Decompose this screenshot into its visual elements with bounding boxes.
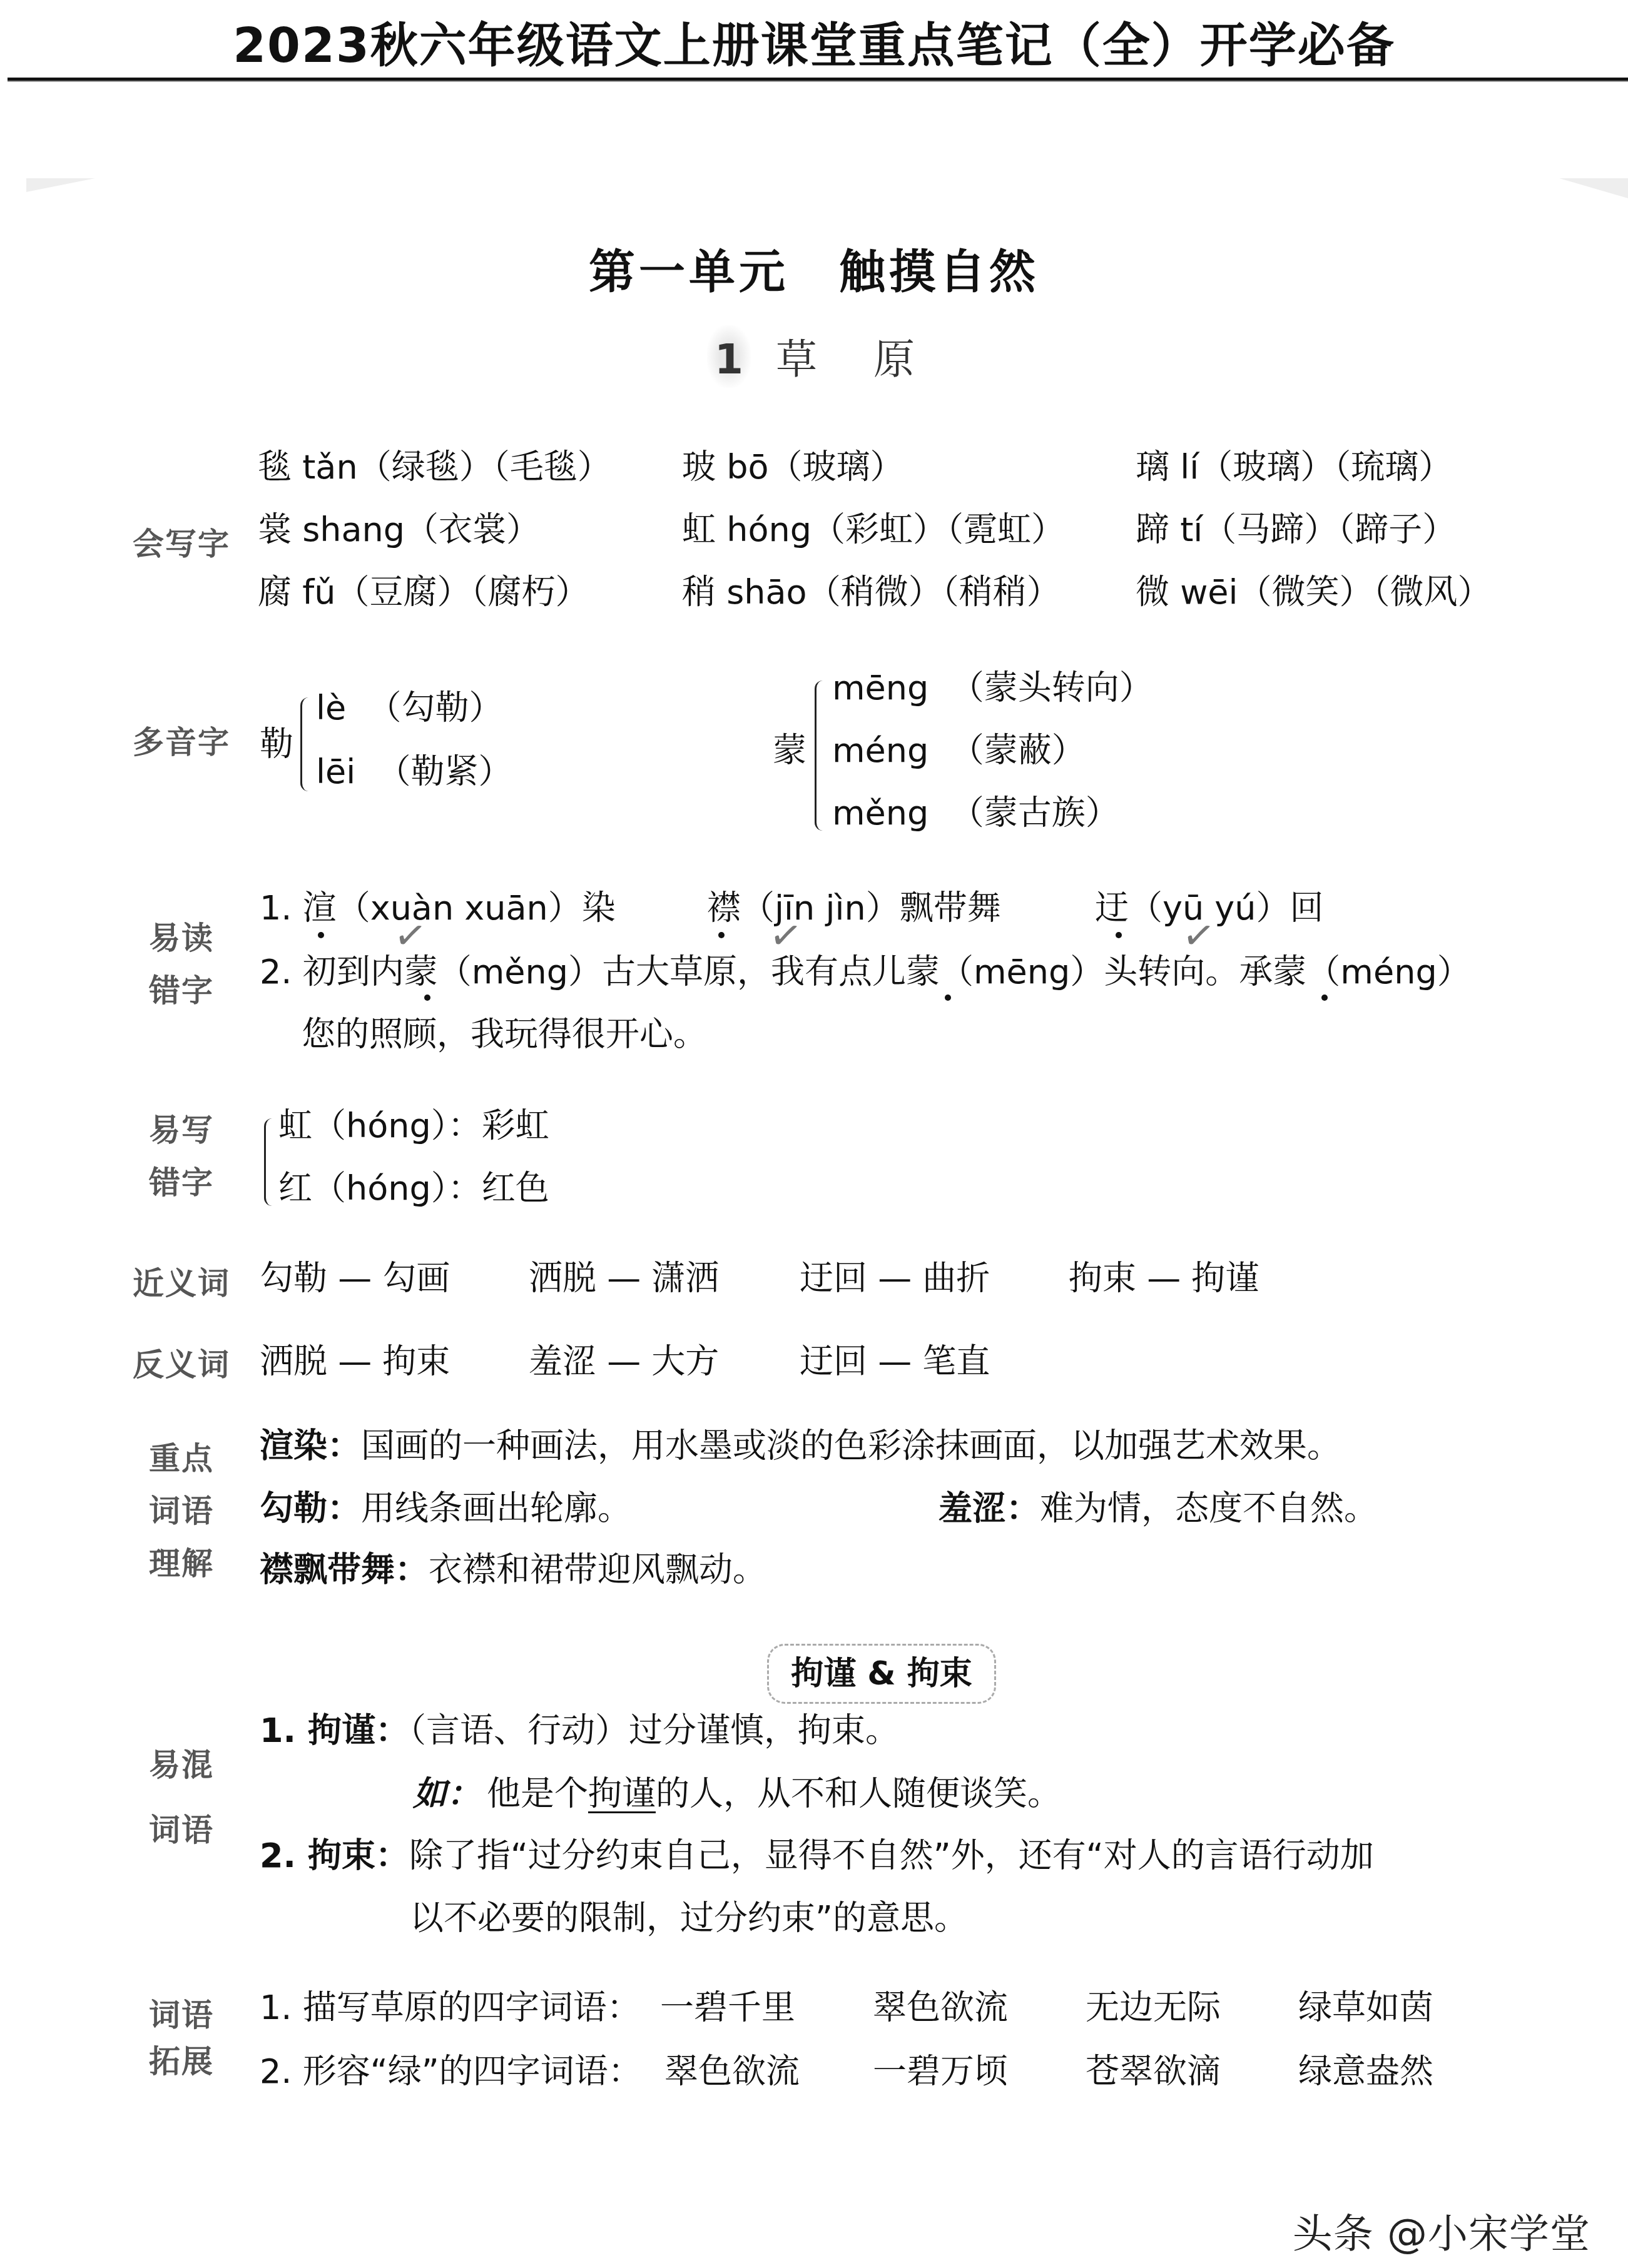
section-label-miswrite: 易写错字 <box>119 1110 244 1203</box>
lesson-char-2: 原 <box>873 325 915 394</box>
lesson-char-1: 草 <box>776 325 817 394</box>
section-label-antonyms: 反义词 <box>119 1345 244 1385</box>
section-label-expansion: 词语拓展 <box>119 1995 244 2082</box>
brace-icon <box>300 697 308 791</box>
synonym-pair: 迂回 — 曲折 <box>800 1258 990 1299</box>
write-char-r2c1: 稍 shāo（稍微）（稍稍） <box>682 572 1061 612</box>
confusing-item-1: 1. 拘谨：（言语、行动）过分谨慎，拘束。 <box>260 1711 899 1751</box>
polyphone-char-le: 勒 <box>260 724 293 764</box>
section-label-polyphones: 多音字 <box>119 722 244 762</box>
document-title: 2023秋六年级语文上册课堂重点笔记（全）开学必备 <box>0 11 1628 80</box>
lesson-number: 1 <box>707 325 751 388</box>
title-divider <box>8 78 1628 81</box>
write-char-r0c1: 玻 bō（玻璃） <box>682 447 903 487</box>
expansion-word: 一碧万顷 <box>873 2052 1008 2092</box>
page-corner-left <box>26 178 95 192</box>
section-label-misread: 易读错字 <box>119 918 244 1011</box>
emphasis-dot <box>318 932 324 938</box>
polyphone-reading: méng （蒙蔽） <box>832 731 1086 771</box>
comparison-tag: 拘谨 & 拘束 <box>767 1644 996 1704</box>
checkmark-icon: ✓ <box>1180 914 1218 958</box>
misread-item-1: 1. 渲（xuàn xuān）染 <box>260 888 616 928</box>
key-word-item: 襟飘带舞：衣襟和裙带迎风飘动。 <box>260 1550 766 1590</box>
miswrite-item: 红（hóng）：红色 <box>278 1168 549 1208</box>
polyphone-reading: měng （蒙古族） <box>832 793 1119 833</box>
key-word-item: 勾勒：用线条画出轮廓。 <box>260 1489 631 1529</box>
polyphone-reading: mēng （蒙头转向） <box>832 668 1153 708</box>
synonym-pair: 洒脱 — 潇洒 <box>529 1258 719 1299</box>
expansion-word: 苍翠欲滴 <box>1086 2052 1221 2092</box>
expansion-word: 翠色欲流 <box>873 1988 1008 2028</box>
watermark: 头条 @小宋学堂 <box>1293 2202 1590 2259</box>
antonym-pair: 羞涩 — 大方 <box>529 1342 719 1382</box>
lesson-title: 1草原 <box>707 325 971 394</box>
expansion-word: 绿草如茵 <box>1298 1988 1433 2028</box>
antonym-pair: 洒脱 — 拘束 <box>260 1342 450 1382</box>
expansion-word: 翠色欲流 <box>664 2052 800 2092</box>
write-char-r1c0: 裳 shang（衣裳） <box>258 510 540 550</box>
emphasis-dot <box>945 995 951 1001</box>
polyphone-reading: lēi （勒紧） <box>316 752 512 792</box>
brace-icon <box>264 1118 272 1206</box>
emphasis-dot <box>718 932 725 938</box>
section-label-synonyms: 近义词 <box>119 1263 244 1304</box>
expansion-heading: 1. 描写草原的四字词语： <box>260 1988 641 2028</box>
unit-title: 第一单元触摸自然 <box>0 238 1628 306</box>
emphasis-dot <box>1116 932 1122 938</box>
expansion-word: 无边无际 <box>1086 1988 1221 2028</box>
brace-icon <box>815 681 823 831</box>
polyphone-reading: lè （勾勒） <box>316 688 503 728</box>
confusing-item-2-cont: 以不必要的限制，过分约束”的意思。 <box>410 1898 968 1938</box>
polyphone-char-meng: 蒙 <box>773 731 806 771</box>
section-label-key-words: 重点词语理解 <box>119 1432 244 1590</box>
confusing-example: 如：他是个拘谨的人，从不和人随便谈笑。 <box>413 1773 1061 1814</box>
write-char-r0c0: 毯 tǎn（绿毯）（毛毯） <box>258 447 611 487</box>
unit-theme: 触摸自然 <box>839 245 1039 299</box>
emphasis-dot <box>1321 995 1328 1001</box>
expansion-heading: 2. 形容“绿”的四字词语： <box>260 2052 642 2092</box>
write-char-r1c2: 蹄 tí（马蹄）（蹄子） <box>1136 510 1456 550</box>
antonym-pair: 迂回 — 笔直 <box>800 1342 990 1382</box>
synonym-pair: 拘束 — 拘谨 <box>1069 1258 1259 1299</box>
page-corner-right <box>1559 178 1628 198</box>
write-char-r1c1: 虹 hóng（彩虹）（霓虹） <box>682 510 1065 550</box>
write-char-r2c0: 腐 fǔ（豆腐）（腐朽） <box>258 572 589 612</box>
key-word-item: 渲染：国画的一种画法，用水墨或淡的色彩涂抹画面，以加强艺术效果。 <box>260 1426 1341 1466</box>
expansion-word: 绿意盎然 <box>1298 2052 1433 2092</box>
misread-sentence: 2. 初到内蒙（měng）古大草原，我有点儿蒙（mēng）头转向。承蒙（méng… <box>260 952 1471 992</box>
unit-number: 第一单元 <box>589 245 789 299</box>
synonym-pair: 勾勒 — 勾画 <box>260 1258 450 1299</box>
miswrite-item: 虹（hóng）：彩虹 <box>278 1106 549 1146</box>
misread-sentence-cont: 您的照顾，我玩得很开心。 <box>302 1015 707 1055</box>
key-word-item: 羞涩：难为情，态度不自然。 <box>939 1489 1378 1529</box>
section-label-write-chars: 会写字 <box>119 524 244 564</box>
expansion-word: 一碧千里 <box>660 1988 795 2028</box>
emphasis-dot <box>424 995 430 1001</box>
checkmark-icon: ✓ <box>392 914 429 958</box>
underlined-word: 拘谨 <box>588 1774 656 1813</box>
write-char-r0c2: 璃 lí（玻璃）（琉璃） <box>1136 447 1452 487</box>
checkmark-icon: ✓ <box>767 914 805 958</box>
write-char-r2c2: 微 wēi（微笑）（微风） <box>1136 572 1492 612</box>
section-label-confusing: 易混词语 <box>119 1745 244 1850</box>
confusing-item-2: 2. 拘束：除了指“过分约束自己，显得不自然”外，还有“对人的言语行动加 <box>260 1836 1374 1876</box>
misread-item-2: 襟（jīn jìn）飘带舞 <box>707 888 1001 928</box>
example-prefix: 如： <box>413 1773 481 1813</box>
